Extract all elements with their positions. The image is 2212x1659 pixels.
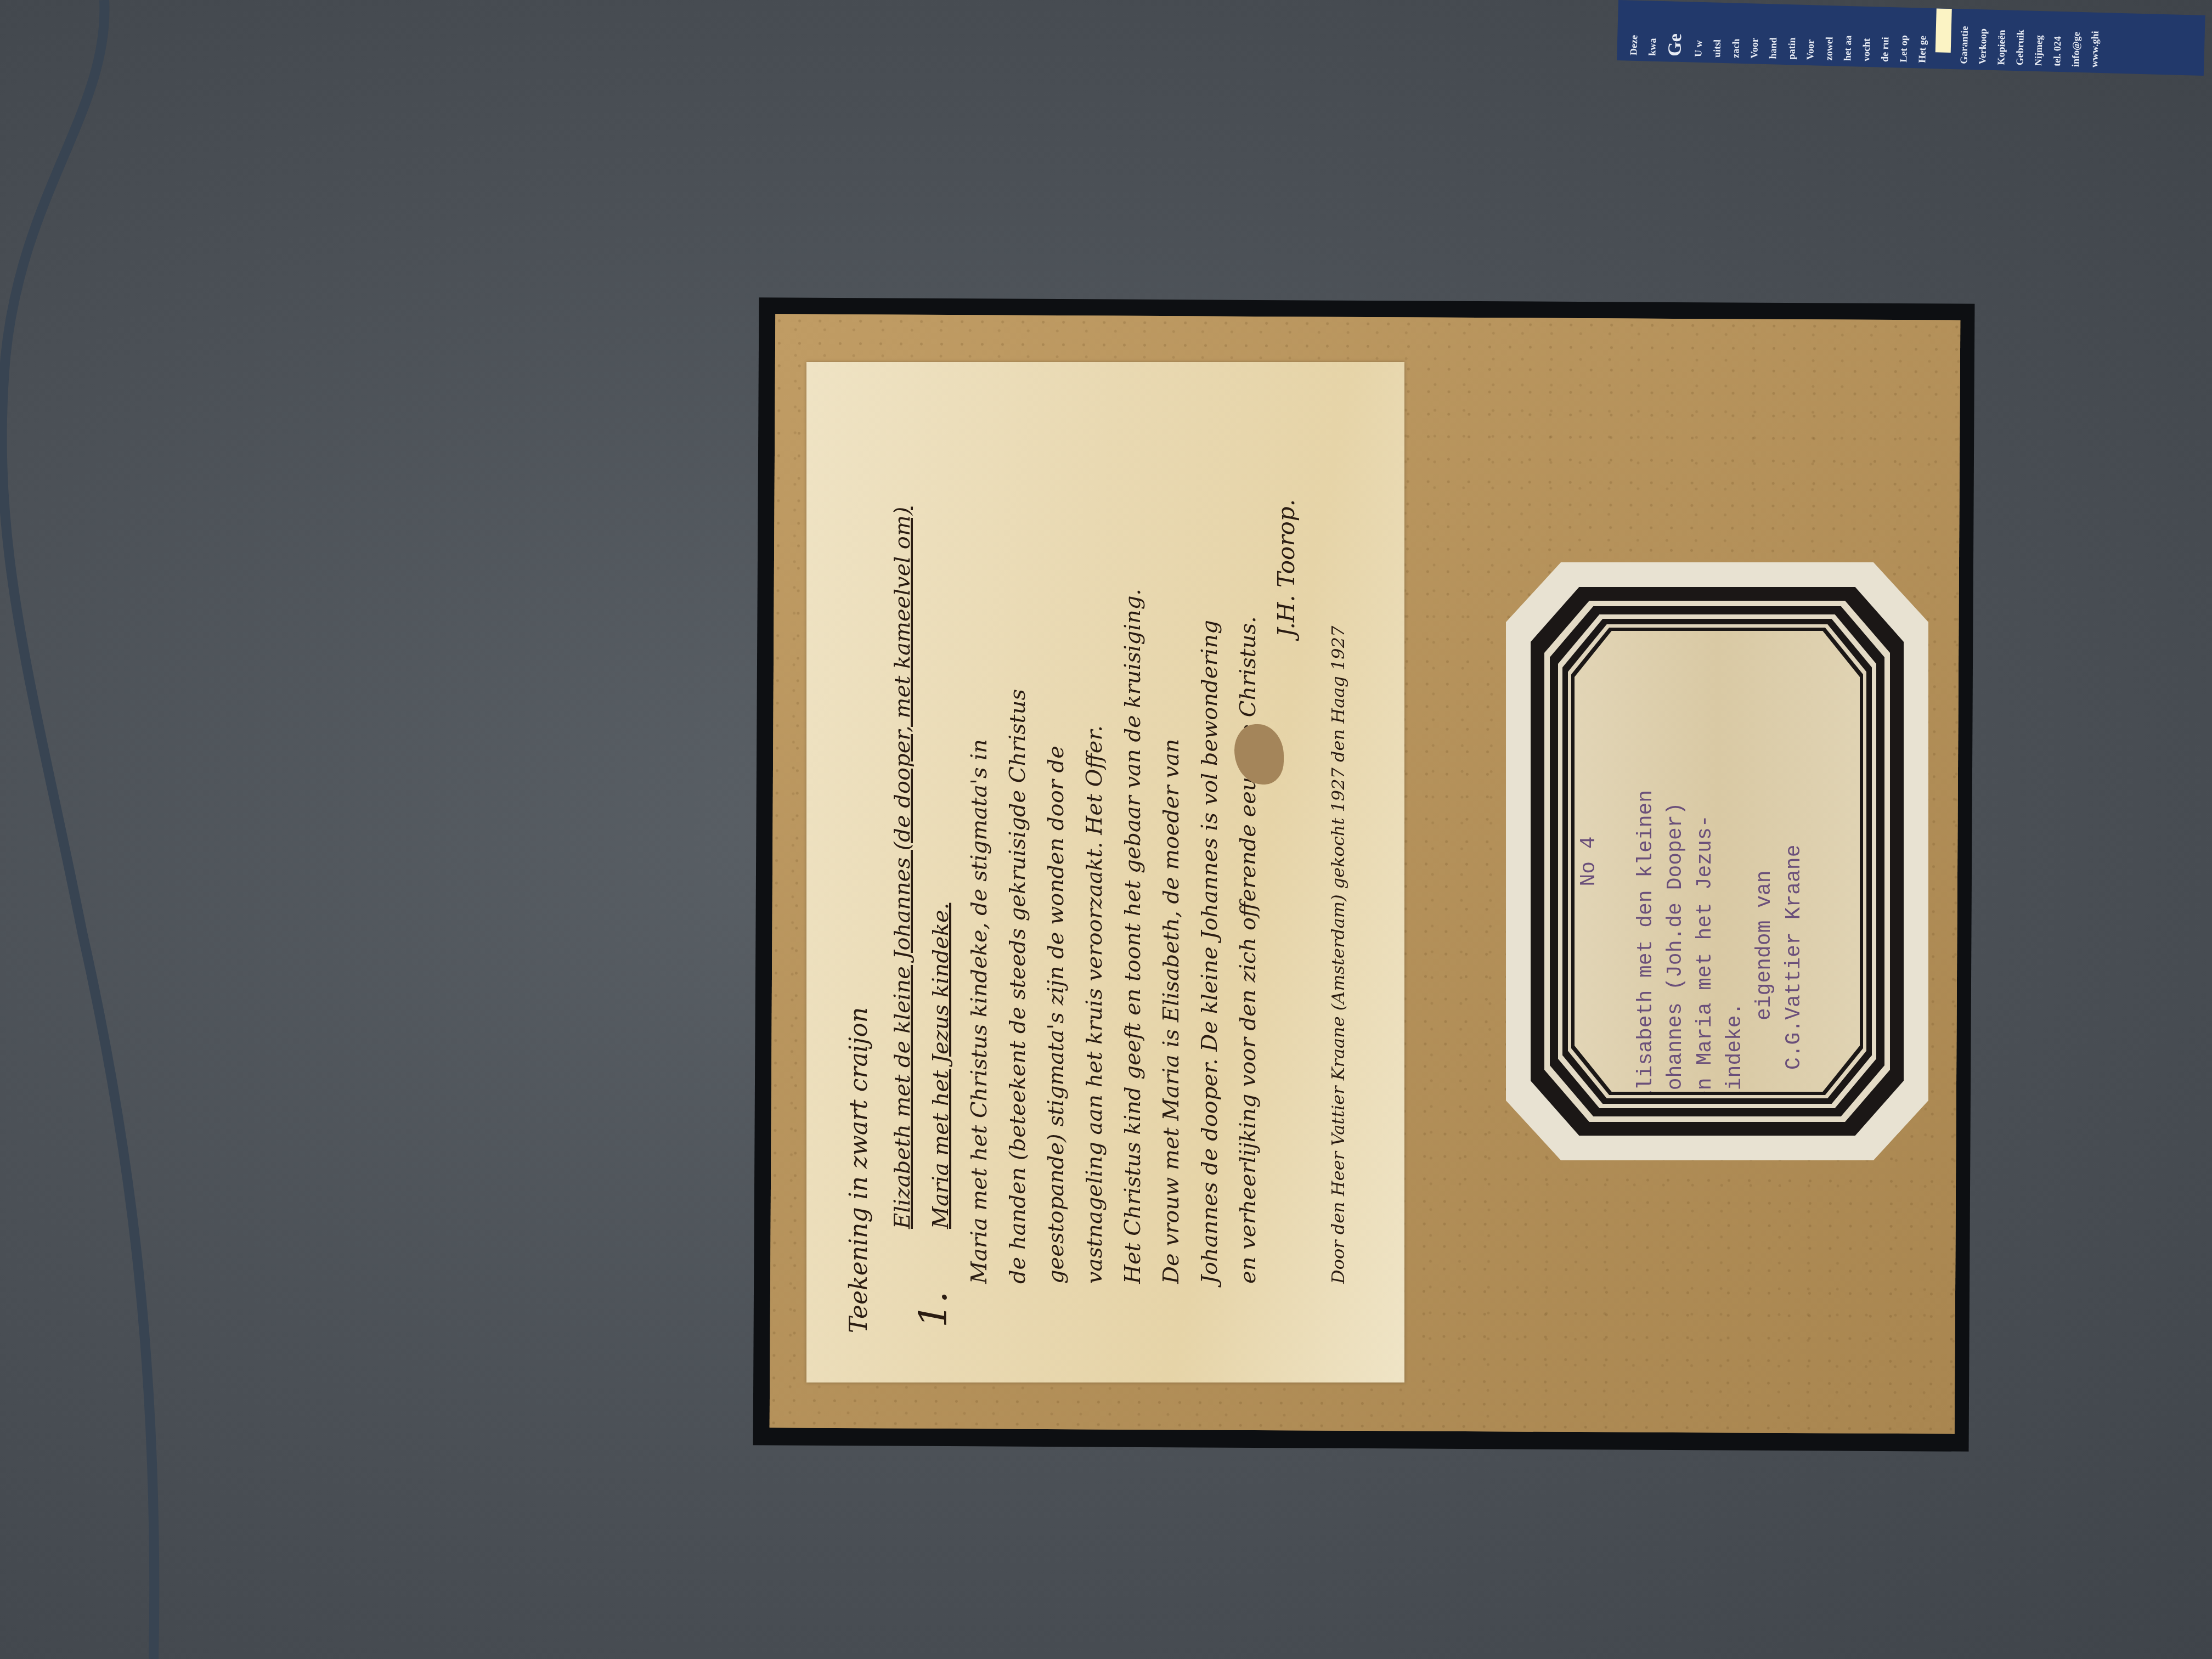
placard-text: de rui <box>1879 7 1892 62</box>
placard-text: Voor <box>1804 5 1817 60</box>
label-line: Elisabeth met den kleinen <box>1632 620 1661 1103</box>
placard-text: tel. 024 <box>2051 12 2064 66</box>
placard-text: patin <box>1786 4 1798 59</box>
label-owner-line: eigendom van <box>1750 620 1780 1103</box>
placard-text: hand <box>1767 4 1780 59</box>
handwritten-note: Teekening in zwart craijon 1. Elizabeth … <box>806 362 1404 1383</box>
label-inner-panel: No 4 Elisabeth met den kleinen Johannes … <box>1575 631 1860 1092</box>
placard-text: zach <box>1730 3 1742 58</box>
placard-text: het aa <box>1842 6 1854 61</box>
label-line: en Maria met het Jezus- <box>1691 620 1720 1103</box>
placard-text: Nijmeg <box>2033 11 2045 66</box>
museum-info-placard: Deze kwa Ge U w uitsl zach Voor hand pat… <box>1617 0 2205 76</box>
placard-text: Gebruik <box>2014 10 2027 65</box>
note-number: 1. <box>911 1291 956 1328</box>
note-line: Maria met het Jezus kindeke. <box>922 400 960 1284</box>
note-line: en verheerlijking voor den zich offerend… <box>1229 400 1267 1284</box>
placard-text: Verkoop <box>1977 9 1989 64</box>
placard-text: uitsl <box>1711 3 1724 58</box>
note-line: Maria met het Christus kindeke, de stigm… <box>960 400 998 1284</box>
placard-text: Deze <box>1628 1 1640 55</box>
label-number: No 4 <box>1575 620 1604 1103</box>
note-line: de handen (beteekent de steeds gekruisig… <box>998 400 1037 1284</box>
placard-columns: Deze kwa Ge U w uitsl zach Voor hand pat… <box>1628 1 2101 73</box>
placard-color-swatch <box>1936 8 1952 53</box>
note-line: Elizabeth met de kleine Johannes (de doo… <box>883 400 922 1284</box>
placard-text: Let op <box>1898 7 1910 62</box>
placard-text: Kopieën <box>1995 10 2008 65</box>
placard-text: Voor <box>1748 3 1761 58</box>
placard-text: zowel <box>1823 5 1836 60</box>
note-signature: J.H. Toorop. <box>1273 499 1300 637</box>
placard-text: www.ghi <box>2089 13 2101 67</box>
label-line: Johannes (Joh.de Dooper) <box>1661 620 1691 1103</box>
note-line: Het Christus kind geeft en toont het geb… <box>1114 400 1152 1284</box>
mat-curve-line <box>0 0 219 1659</box>
label-owner-line: C.G.Vattier Kraane <box>1780 620 1809 1103</box>
placard-heading: Ge <box>1665 1 1686 57</box>
note-line: vastnageling aan het kruis veroorzaakt. … <box>1075 400 1114 1284</box>
note-line: De vrouw met Maria is Elisabeth, de moed… <box>1152 400 1190 1284</box>
note-footer: Door den Heer Vattier Kraane (Amsterdam)… <box>1328 626 1348 1284</box>
label-line: kindeke. <box>1720 620 1750 1103</box>
note-title: Teekening in zwart craijon <box>845 1007 873 1333</box>
placard-text: info@ge <box>2070 12 2083 67</box>
note-line: Johannes de dooper. De kleine Johannes i… <box>1190 400 1229 1284</box>
placard-text: U w <box>1692 2 1705 57</box>
placard-text: vocht <box>1860 7 1873 61</box>
label-text: No 4 Elisabeth met den kleinen Johannes … <box>1575 620 1860 1103</box>
note-line: geestopande) stigmata's zijn de wonden d… <box>1037 400 1075 1284</box>
placard-text: kwa <box>1646 1 1659 55</box>
note-body: Elizabeth met de kleine Johannes (de doo… <box>883 400 1267 1284</box>
handwritten-note-content: Teekening in zwart craijon 1. Elizabeth … <box>823 379 1388 1366</box>
placard-text: Het ge <box>1916 8 1929 63</box>
placard-text: Garantie <box>1958 9 1971 64</box>
